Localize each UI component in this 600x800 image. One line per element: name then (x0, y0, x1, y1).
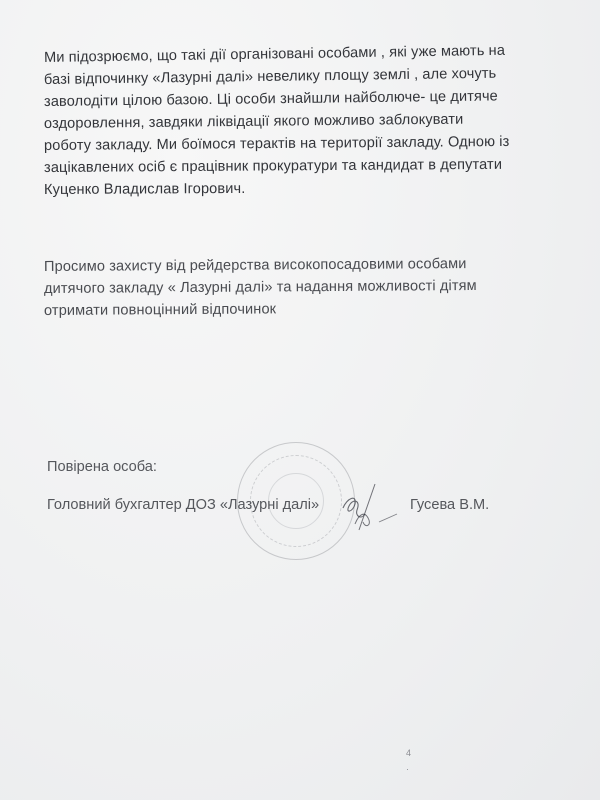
text-line: отримати повноцінний відпочинок (44, 296, 584, 322)
paragraph-suspicion: Ми підозрюємо, що такі дії організовані … (44, 47, 584, 201)
document-page: Ми підозрюємо, що такі дії організовані … (0, 0, 600, 800)
paragraph-request: Просимо захисту від рейдерства високопос… (44, 256, 584, 322)
signatory-line: Головний бухгалтер ДОЗ «Лазурні далі» Гу… (47, 494, 567, 516)
corner-mark: · (406, 761, 411, 777)
text-line: зацікавлених осіб є працівник прокуратур… (44, 153, 584, 179)
signatory-name: Гусева В.М. (410, 494, 489, 516)
corner-marks: 4 · (406, 745, 411, 777)
signature-block: Повірена особа: Головний бухгалтер ДОЗ «… (47, 456, 567, 516)
corner-mark: 4 (406, 745, 411, 761)
text-line: Куценко Владислав Ігорович. (44, 176, 584, 201)
signatory-position: Головний бухгалтер ДОЗ «Лазурні далі» (47, 497, 319, 513)
authorized-person-label: Повірена особа: (47, 456, 567, 478)
